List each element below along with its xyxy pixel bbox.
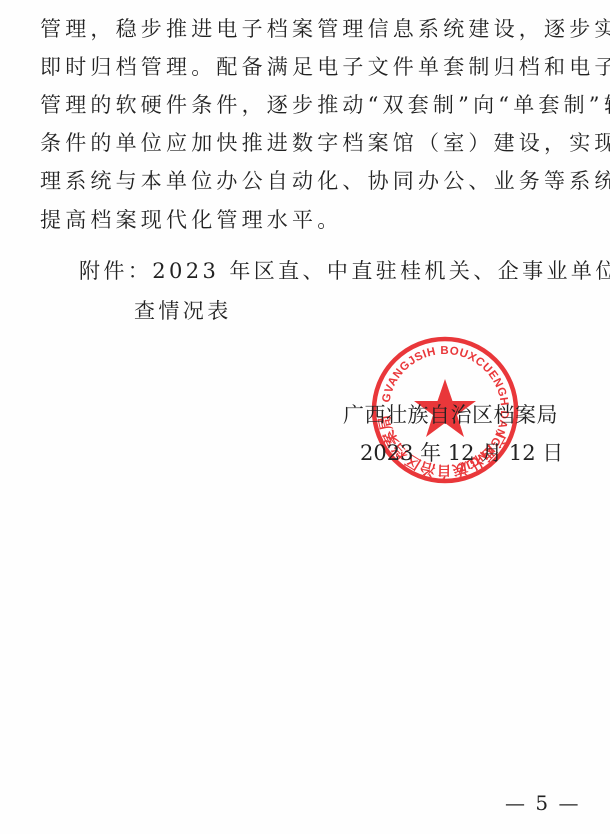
attachment-line-2: 查情况表 xyxy=(134,296,232,326)
attachment-line-1: 附件：2023 年区直、中直驻桂机关、企事业单位档案工作检 xyxy=(79,256,610,286)
document-page: 管理，稳步推进电子档案管理信息系统建设，逐步实现电子文件 即时归档管理。配备满足… xyxy=(0,0,610,834)
page-number: — 5 — xyxy=(505,788,580,818)
body-line-4: 条件的单位应加快推进数字档案馆（室）建设，实现电子档案管 xyxy=(40,128,572,158)
body-line-3: 管理的软硬件条件，逐步推动“双套制”向“单套制”转变。有 xyxy=(40,90,572,120)
signature-date: 2023 年 12 月 12 日 xyxy=(360,438,563,468)
body-line-5: 理系统与本单位办公自动化、协同办公、业务等系统互联共融， xyxy=(40,166,572,196)
body-line-1: 管理，稳步推进电子档案管理信息系统建设，逐步实现电子文件 xyxy=(40,14,572,44)
body-line-2: 即时归档管理。配备满足电子文件单套制归档和电子档案单套制 xyxy=(40,52,572,82)
signature-organization: 广西壮族自治区档案局 xyxy=(343,400,558,430)
body-line-6: 提高档案现代化管理水平。 xyxy=(40,205,572,235)
